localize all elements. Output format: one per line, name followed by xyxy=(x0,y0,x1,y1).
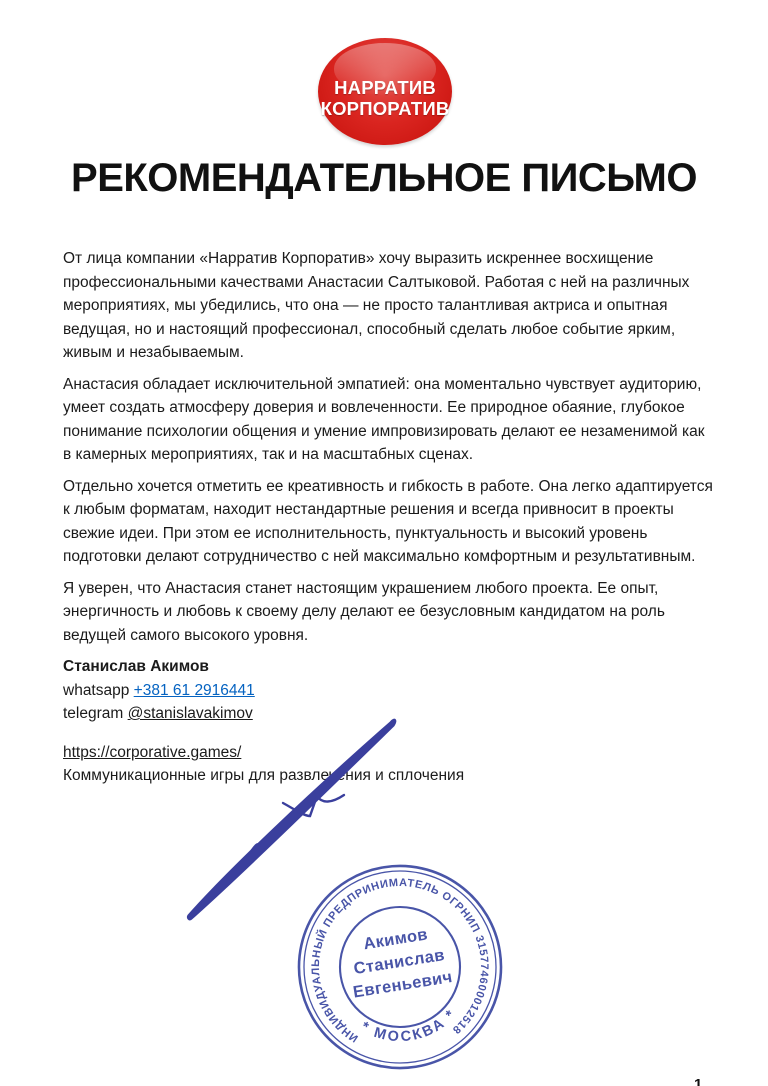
stamp-ring-text: ИНДИВИДУАЛЬНЫЙ ПРЕДПРИНИМАТЕЛЬ ОГРНИП 31… xyxy=(297,864,501,1058)
letter-paragraph-4: Я уверен, что Анастасия станет настоящим… xyxy=(63,577,713,648)
whatsapp-label: whatsapp xyxy=(63,682,134,699)
company-logo: НАРРАТИВ КОРПОРАТИВ xyxy=(318,38,452,145)
logo-line2: КОРПОРАТИВ xyxy=(321,99,450,120)
telegram-label: telegram xyxy=(63,705,128,722)
stamp-name-line2: Станислав xyxy=(352,946,446,978)
stamp-inner-circle xyxy=(331,898,468,1035)
stamp-second-circle xyxy=(290,857,510,1077)
letter-paragraph-2: Анастасия обладает исключительной эмпати… xyxy=(63,373,713,467)
signature-flourish-stroke xyxy=(283,795,344,816)
website-block: https://corporative.games/ Коммуникацион… xyxy=(63,741,713,788)
website-line: https://corporative.games/ xyxy=(63,741,713,765)
logo-text: НАРРАТИВ КОРПОРАТИВ xyxy=(318,38,452,145)
website-tagline: Коммуникационные игры для развлечения и … xyxy=(63,764,713,788)
signer-name: Станислав Акимов xyxy=(63,655,713,679)
website-link[interactable]: https://corporative.games/ xyxy=(63,744,241,761)
stamp-city-text: * МОСКВА * xyxy=(356,1004,463,1052)
whatsapp-line: whatsapp +381 61 2916441 xyxy=(63,679,713,703)
letter-body: От лица компании «Нарратив Корпоратив» х… xyxy=(63,247,713,788)
telegram-line: telegram @stanislavakimov xyxy=(63,702,713,726)
telegram-link[interactable]: @stanislavakimov xyxy=(128,705,253,722)
contact-block: Станислав Акимов whatsapp +381 61 291644… xyxy=(63,655,713,726)
stamp-name-line3: Евгеньевич xyxy=(352,968,454,1001)
page-title: РЕКОМЕНДАТЕЛЬНОЕ ПИСЬМО xyxy=(0,156,768,201)
signature-knot-stroke xyxy=(249,842,265,854)
stamp-name-line1: Акимов xyxy=(362,925,429,953)
page-number: 1 xyxy=(694,1076,702,1086)
stamp-outer-circle xyxy=(284,851,515,1082)
logo-line1: НАРРАТИВ xyxy=(334,78,436,99)
letter-paragraph-1: От лица компании «Нарратив Корпоратив» х… xyxy=(63,247,713,365)
whatsapp-link[interactable]: +381 61 2916441 xyxy=(134,682,255,699)
recommendation-letter-page: НАРРАТИВ КОРПОРАТИВ РЕКОМЕНДАТЕЛЬНОЕ ПИС… xyxy=(0,0,768,1086)
round-stamp: ИНДИВИДУАЛЬНЫЙ ПРЕДПРИНИМАТЕЛЬ ОГРНИП 31… xyxy=(280,847,520,1086)
letter-paragraph-3: Отдельно хочется отметить ее креативност… xyxy=(63,475,713,569)
